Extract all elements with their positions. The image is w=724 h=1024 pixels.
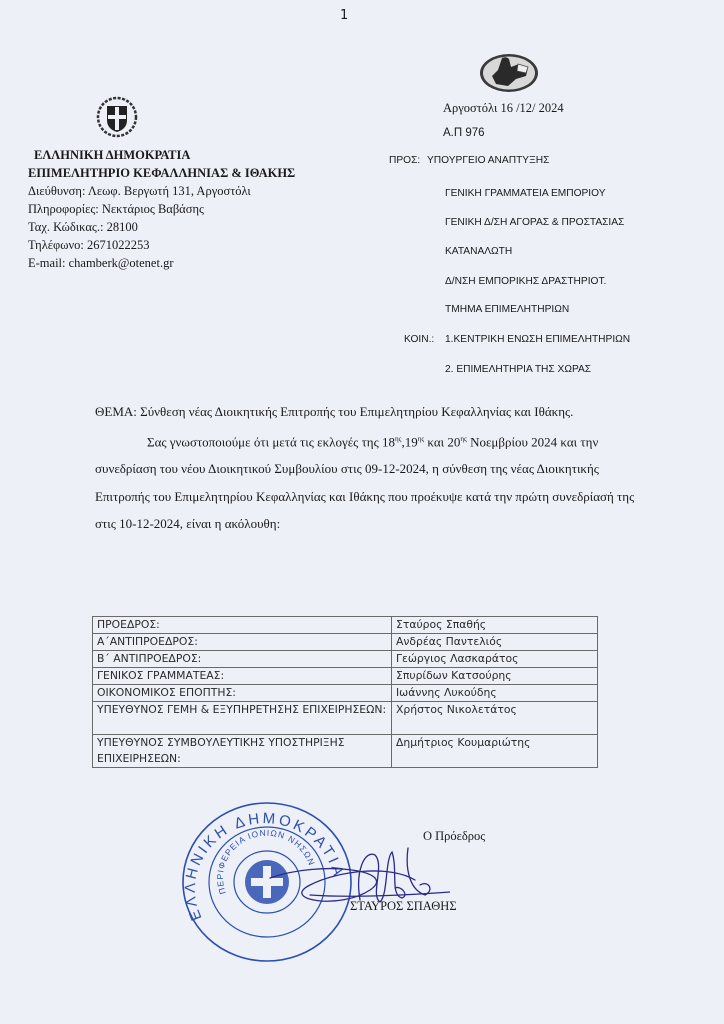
body-paragraph: Σας γνωστοποιούμε ότι μετά τις εκλογές τ… — [95, 426, 635, 538]
committee-table: ΠΡΟΕΔΡΟΣ:Σταύρος ΣπαθήςΑ΄ΑΝΤΙΠΡΟΕΔΡΟΣ:Αν… — [92, 616, 598, 768]
recipient: ΥΠΟΥΡΓΕΙΟ ΑΝΑΠΤΥΞΗΣ — [427, 155, 549, 166]
member-name-cell: Δημήτριος Κουμαριώτης — [392, 735, 598, 768]
member-name-cell: Ανδρέας Παντελιός — [392, 634, 598, 651]
table-row: ΓΕΝΙΚΟΣ ΓΡΑΜΜΑΤΕΑΣ:Σπυρίδων Κατσούρης — [93, 668, 598, 685]
member-name-cell: Γεώργιος Λασκαράτος — [392, 651, 598, 668]
recipient: ΤΜΗΜΑ ΕΠΙΜΕΛΗΤΗΡΙΩΝ — [445, 304, 569, 315]
role-cell: ΟΙΚΟΝΟΜΙΚΟΣ ΕΠΟΠΤΗΣ: — [93, 685, 392, 702]
chamber-logo-icon — [478, 52, 540, 94]
table-row: Β΄ ΑΝΤΙΠΡΟΕΔΡΟΣ:Γεώργιος Λασκαράτος — [93, 651, 598, 668]
document-date: Αργοστόλι 16 /12/ 2024 — [443, 101, 564, 116]
chamber-heading: ΕΠΙΜΕΛΗΤΗΡΙΟ ΚΕΦΑΛΛΗΝΙΑΣ & ΙΘΑΚΗΣ — [28, 164, 295, 182]
protocol-number: Α.Π 976 — [443, 127, 485, 139]
letter-body: ΘΕΜΑ: Σύνθεση νέας Διοικητικής Επιτροπής… — [95, 398, 635, 538]
role-cell: Α΄ΑΝΤΙΠΡΟΕΔΡΟΣ: — [93, 634, 392, 651]
page-number: 1 — [340, 8, 348, 23]
republic-heading: ΕΛΛΗΝΙΚΗ ΔΗΜΟΚΡΑΤΙΑ — [28, 146, 295, 164]
cc-recipient: 1.ΚΕΝΤΡΙΚΗ ΕΝΩΣΗ ΕΠΙΜΕΛΗΤΗΡΙΩΝ — [445, 334, 630, 345]
table-row: ΥΠΕΥΘΥΝΟΣ ΣΥΜΒΟΥΛΕΥΤΙΚΗΣ ΥΠΟΣΤΗΡΙΞΗΣ ΕΠΙ… — [93, 735, 598, 768]
member-name-cell: Σταύρος Σπαθής — [392, 617, 598, 634]
recipient: ΚΑΤΑΝΑΛΩΤΗ — [445, 246, 512, 257]
phone: Τηλέφωνο: 2671022253 — [28, 236, 295, 254]
postal-code: Ταχ. Κώδικας.: 28100 — [28, 218, 295, 236]
table-row: ΠΡΟΕΔΡΟΣ:Σταύρος Σπαθής — [93, 617, 598, 634]
role-cell: ΥΠΕΥΘΥΝΟΣ ΓΕΜΗ & ΕΞΥΠΗΡΕΤΗΣΗΣ ΕΠΙΧΕΙΡΗΣΕ… — [93, 702, 392, 735]
contact-person: Πληροφορίες: Νεκτάριος Βαβάσης — [28, 200, 295, 218]
role-cell: ΥΠΕΥΘΥΝΟΣ ΣΥΜΒΟΥΛΕΥΤΙΚΗΣ ΥΠΟΣΤΗΡΙΞΗΣ ΕΠΙ… — [93, 735, 392, 768]
table-row: ΥΠΕΥΘΥΝΟΣ ΓΕΜΗ & ΕΞΥΠΗΡΕΤΗΣΗΣ ΕΠΙΧΕΙΡΗΣΕ… — [93, 702, 598, 735]
role-cell: ΓΕΝΙΚΟΣ ΓΡΑΜΜΑΤΕΑΣ: — [93, 668, 392, 685]
role-cell: Β΄ ΑΝΤΙΠΡΟΕΔΡΟΣ: — [93, 651, 392, 668]
role-cell: ΠΡΟΕΔΡΟΣ: — [93, 617, 392, 634]
email: E-mail: chamberk@otenet.gr — [28, 254, 295, 272]
recipient: ΓΕΝΙΚΗ ΓΡΑΜΜΑΤΕΙΑ ΕΜΠΟΡΙΟΥ — [445, 188, 606, 199]
to-label: ΠΡΟΣ: — [389, 155, 420, 166]
sender-block: ΕΛΛΗΝΙΚΗ ΔΗΜΟΚΡΑΤΙΑ ΕΠΙΜΕΛΗΤΗΡΙΟ ΚΕΦΑΛΛΗ… — [28, 146, 295, 272]
address: Διεύθυνση: Λεωφ. Βεργωτή 131, Αργοστόλι — [28, 182, 295, 200]
recipient: Δ/ΝΣΗ ΕΜΠΟΡΙΚΗΣ ΔΡΑΣΤΗΡΙΟΤ. — [445, 276, 606, 287]
greek-coat-of-arms-icon — [96, 96, 138, 138]
cc-recipient: 2. ΕΠΙΜΕΛΗΤΗΡΙΑ ΤΗΣ ΧΩΡΑΣ — [445, 364, 591, 375]
table-row: Α΄ΑΝΤΙΠΡΟΕΔΡΟΣ:Ανδρέας Παντελιός — [93, 634, 598, 651]
member-name-cell: Χρήστος Νικολετάτος — [392, 702, 598, 735]
member-name-cell: Ιωάννης Λυκούδης — [392, 685, 598, 702]
member-name-cell: Σπυρίδων Κατσούρης — [392, 668, 598, 685]
table-row: ΟΙΚΟΝΟΜΙΚΟΣ ΕΠΟΠΤΗΣ:Ιωάννης Λυκούδης — [93, 685, 598, 702]
subject-line: ΘΕΜΑ: Σύνθεση νέας Διοικητικής Επιτροπής… — [95, 398, 635, 426]
signature-scribble — [250, 840, 450, 920]
cc-label: ΚΟΙΝ.: — [404, 334, 434, 345]
recipient: ΓΕΝΙΚΗ Δ/ΣΗ ΑΓΟΡΑΣ & ΠΡΟΣΤΑΣΙΑΣ — [445, 217, 624, 228]
